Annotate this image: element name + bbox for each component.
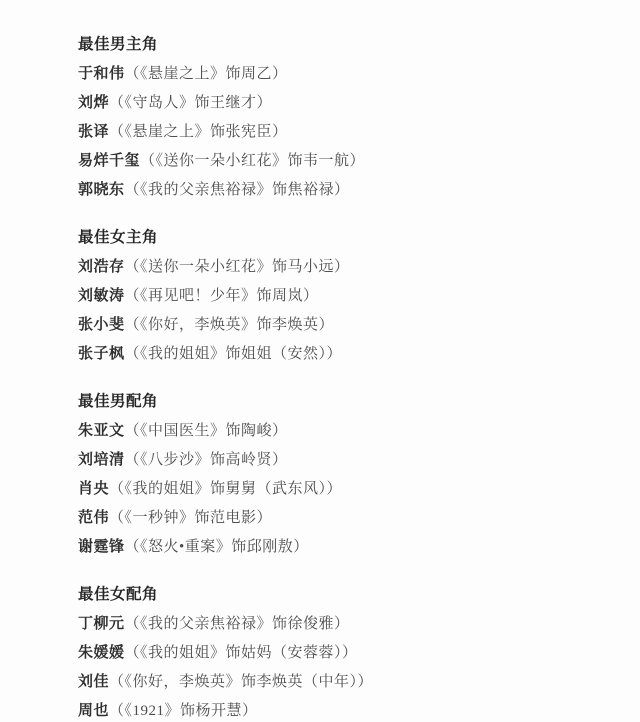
- nominee-detail: （《1921》饰杨开慧）: [109, 703, 258, 719]
- nominee-name: 刘培清: [78, 452, 125, 468]
- nominee-name: 郭晓东: [78, 182, 125, 198]
- nominee-detail: （《悬崖之上》饰周乙）: [125, 66, 288, 82]
- nominee-detail: （《送你一朵小红花》饰马小远）: [125, 259, 350, 275]
- nominee-detail: （《我的父亲焦裕禄》饰徐俊雅）: [125, 616, 350, 632]
- nominee-row: 刘敏涛（《再见吧！少年》饰周岚）: [78, 282, 600, 311]
- nominee-detail: （《我的姐姐》饰姐姐（安然））: [125, 346, 343, 362]
- section-title-best-supporting-actress: 最佳女配角: [78, 584, 600, 606]
- nominee-row: 易烊千玺（《送你一朵小红花》饰韦一航）: [78, 147, 600, 176]
- nominee-name: 肖央: [78, 481, 109, 497]
- nominee-row: 朱亚文（《中国医生》饰陶峻）: [78, 417, 600, 446]
- nominee-row: 张小斐（《你好，李焕英》饰李焕英）: [78, 311, 600, 340]
- nominee-detail: （《一秒钟》饰范电影）: [109, 510, 272, 526]
- award-nomination-document: 最佳男主角 于和伟（《悬崖之上》饰周乙） 刘烨（《守岛人》饰王继才） 张译（《悬…: [0, 0, 640, 722]
- section-title-best-supporting-actor: 最佳男配角: [78, 391, 600, 413]
- nominee-row: 周也（《1921》饰杨开慧）: [78, 697, 600, 722]
- nominee-name: 范伟: [78, 510, 109, 526]
- nominee-row: 肖央（《我的姐姐》饰舅舅（武东风））: [78, 475, 600, 504]
- nominee-row: 范伟（《一秒钟》饰范电影）: [78, 504, 600, 533]
- section-best-supporting-actress: 最佳女配角 丁柳元（《我的父亲焦裕禄》饰徐俊雅） 朱媛媛（《我的姐姐》饰姑妈（安…: [78, 584, 600, 722]
- nominee-name: 于和伟: [78, 66, 125, 82]
- nominee-detail: （《怒火•重案》饰邱刚敖）: [125, 539, 309, 555]
- nominee-detail: （《中国医生》饰陶峻）: [125, 423, 288, 439]
- nominee-row: 张子枫（《我的姐姐》饰姐姐（安然））: [78, 340, 600, 369]
- nominee-name: 周也: [78, 703, 109, 719]
- section-title-best-actor: 最佳男主角: [78, 34, 600, 56]
- section-best-actress: 最佳女主角 刘浩存（《送你一朵小红花》饰马小远） 刘敏涛（《再见吧！少年》饰周岚…: [78, 227, 600, 369]
- nominee-detail: （《送你一朵小红花》饰韦一航）: [140, 153, 365, 169]
- nominee-row: 刘佳（《你好，李焕英》饰李焕英（中年））: [78, 668, 600, 697]
- nominee-detail: （《我的姐姐》饰舅舅（武东风））: [109, 481, 342, 497]
- section-title-best-actress: 最佳女主角: [78, 227, 600, 249]
- nominee-name: 张译: [78, 124, 109, 140]
- nominee-name: 朱媛媛: [78, 645, 125, 661]
- nominee-name: 刘佳: [78, 674, 109, 690]
- nominee-name: 刘浩存: [78, 259, 125, 275]
- nominee-detail: （《再见吧！少年》饰周岚）: [125, 288, 319, 304]
- nominee-row: 刘培清（《八步沙》饰高岭贤）: [78, 446, 600, 475]
- nominee-name: 张子枫: [78, 346, 125, 362]
- nominee-name: 刘敏涛: [78, 288, 125, 304]
- nominee-row: 刘烨（《守岛人》饰王继才）: [78, 89, 600, 118]
- nominee-name: 谢霆锋: [78, 539, 125, 555]
- nominee-row: 朱媛媛（《我的姐姐》饰姑妈（安蓉蓉））: [78, 639, 600, 668]
- nominee-name: 张小斐: [78, 317, 125, 333]
- nominee-detail: （《悬崖之上》饰张宪臣）: [109, 124, 288, 140]
- nominee-name: 易烊千玺: [78, 153, 140, 169]
- section-best-supporting-actor: 最佳男配角 朱亚文（《中国医生》饰陶峻） 刘培清（《八步沙》饰高岭贤） 肖央（《…: [78, 391, 600, 562]
- nominee-name: 丁柳元: [78, 616, 125, 632]
- nominee-name: 刘烨: [78, 95, 109, 111]
- nominee-detail: （《八步沙》饰高岭贤）: [125, 452, 288, 468]
- nominee-row: 郭晓东（《我的父亲焦裕禄》饰焦裕禄）: [78, 176, 600, 205]
- nominee-detail: （《我的姐姐》饰姑妈（安蓉蓉））: [125, 645, 358, 661]
- nominee-row: 刘浩存（《送你一朵小红花》饰马小远）: [78, 253, 600, 282]
- nominee-name: 朱亚文: [78, 423, 125, 439]
- nominee-detail: （《守岛人》饰王继才）: [109, 95, 272, 111]
- nominee-detail: （《你好，李焕英》饰李焕英（中年））: [109, 674, 373, 690]
- nominee-row: 谢霆锋（《怒火•重案》饰邱刚敖）: [78, 533, 600, 562]
- nominee-row: 于和伟（《悬崖之上》饰周乙）: [78, 60, 600, 89]
- section-best-actor: 最佳男主角 于和伟（《悬崖之上》饰周乙） 刘烨（《守岛人》饰王继才） 张译（《悬…: [78, 34, 600, 205]
- nominee-detail: （《我的父亲焦裕禄》饰焦裕禄）: [125, 182, 350, 198]
- nominee-detail: （《你好，李焕英》饰李焕英）: [125, 317, 335, 333]
- nominee-row: 张译（《悬崖之上》饰张宪臣）: [78, 118, 600, 147]
- nominee-row: 丁柳元（《我的父亲焦裕禄》饰徐俊雅）: [78, 610, 600, 639]
